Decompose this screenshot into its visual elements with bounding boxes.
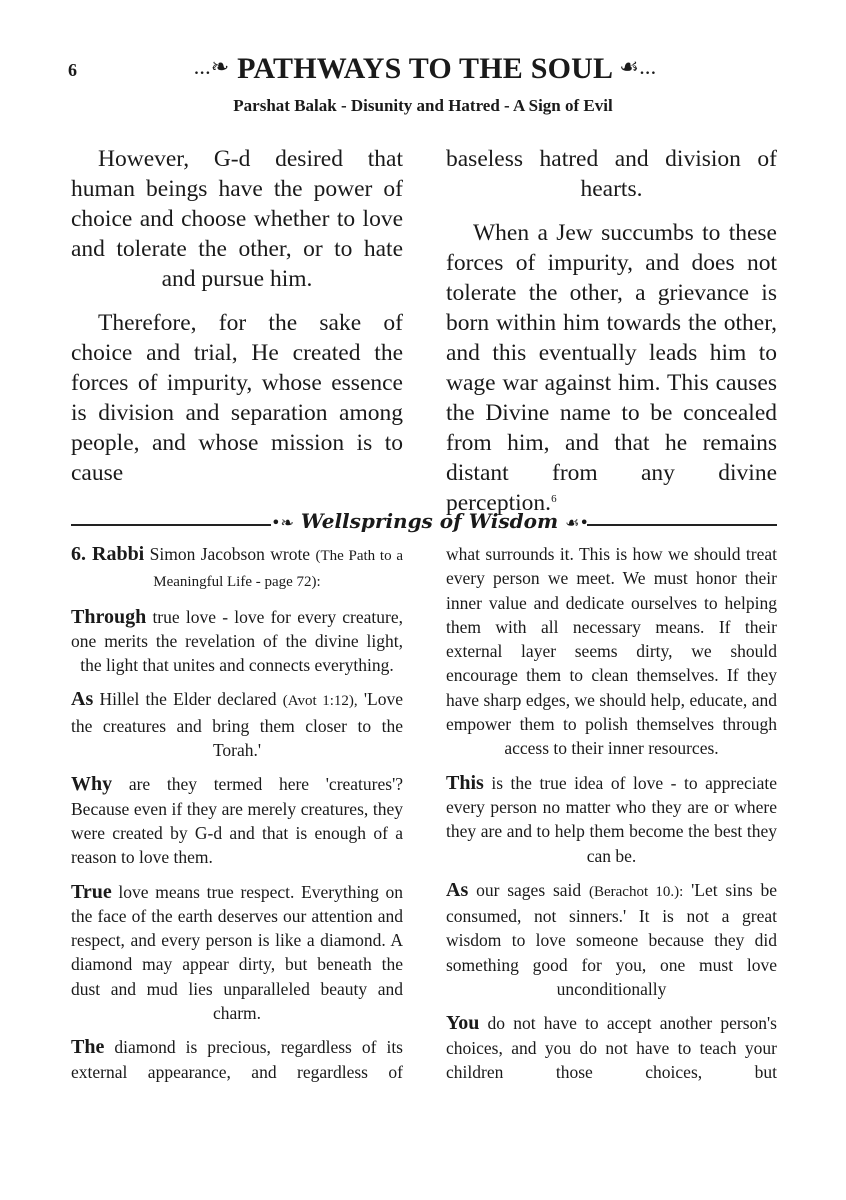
chapter-subtitle: Parshat Balak - Disunity and Hatred - A …	[0, 96, 846, 116]
flourish-left-icon: •❧	[271, 513, 294, 532]
footnote-paragraph: what surrounds it. This is how we should…	[446, 542, 777, 761]
footnote-paragraph: True love means true respect. Everything…	[71, 880, 403, 1026]
footnote-paragraph: This is the true idea of love - to appre…	[446, 771, 777, 868]
section-divider: •❧ Wellsprings of Wisdom ☙•	[71, 509, 777, 539]
footnote-right-column: what surrounds it. This is how we should…	[446, 542, 777, 1094]
main-text-right-column: baseless hatred and division of hearts. …	[446, 144, 777, 532]
paragraph: Therefore, for the sake of choice and tr…	[71, 308, 403, 488]
page-number: 6	[68, 60, 77, 81]
footnote-left-column: 6. Rabbi Simon Jacobson wrote (The Path …	[71, 542, 403, 1094]
citation: (Avot 1:12),	[283, 693, 358, 709]
main-text-left-column: However, G-d desired that human beings h…	[71, 144, 403, 502]
divider-rule-right	[587, 524, 777, 526]
ornament-left-icon: ...❧	[194, 54, 230, 79]
section-heading: •❧ Wellsprings of Wisdom ☙•	[267, 509, 593, 533]
footnote-reference[interactable]: 6	[551, 493, 557, 505]
footnote-paragraph: The diamond is precious, regardless of i…	[71, 1035, 403, 1084]
running-head: ...❧ PATHWAYS TO THE SOUL ☙...	[130, 52, 720, 86]
paragraph: However, G-d desired that human beings h…	[71, 144, 403, 294]
ornament-right-icon: ☙...	[619, 54, 656, 79]
divider-rule-left	[71, 524, 271, 526]
footnote-paragraph: You do not have to accept another person…	[446, 1011, 777, 1084]
footnote-paragraph: Why are they termed here 'creatures'? Be…	[71, 772, 403, 869]
footnote-paragraph: As Hillel the Elder declared (Avot 1:12)…	[71, 687, 403, 762]
flourish-right-icon: ☙•	[565, 513, 589, 532]
citation: (Berachot 10.):	[589, 884, 683, 900]
paragraph: When a Jew succumbs to these forces of i…	[446, 218, 777, 518]
book-title: PATHWAYS TO THE SOUL	[237, 52, 611, 85]
footnote-paragraph: 6. Rabbi Simon Jacobson wrote (The Path …	[71, 542, 403, 595]
footnote-paragraph: As our sages said (Berachot 10.): 'Let s…	[446, 878, 777, 1001]
footnote-paragraph: Through true love - love for every creat…	[71, 605, 403, 678]
paragraph: baseless hatred and division of hearts.	[446, 144, 777, 204]
